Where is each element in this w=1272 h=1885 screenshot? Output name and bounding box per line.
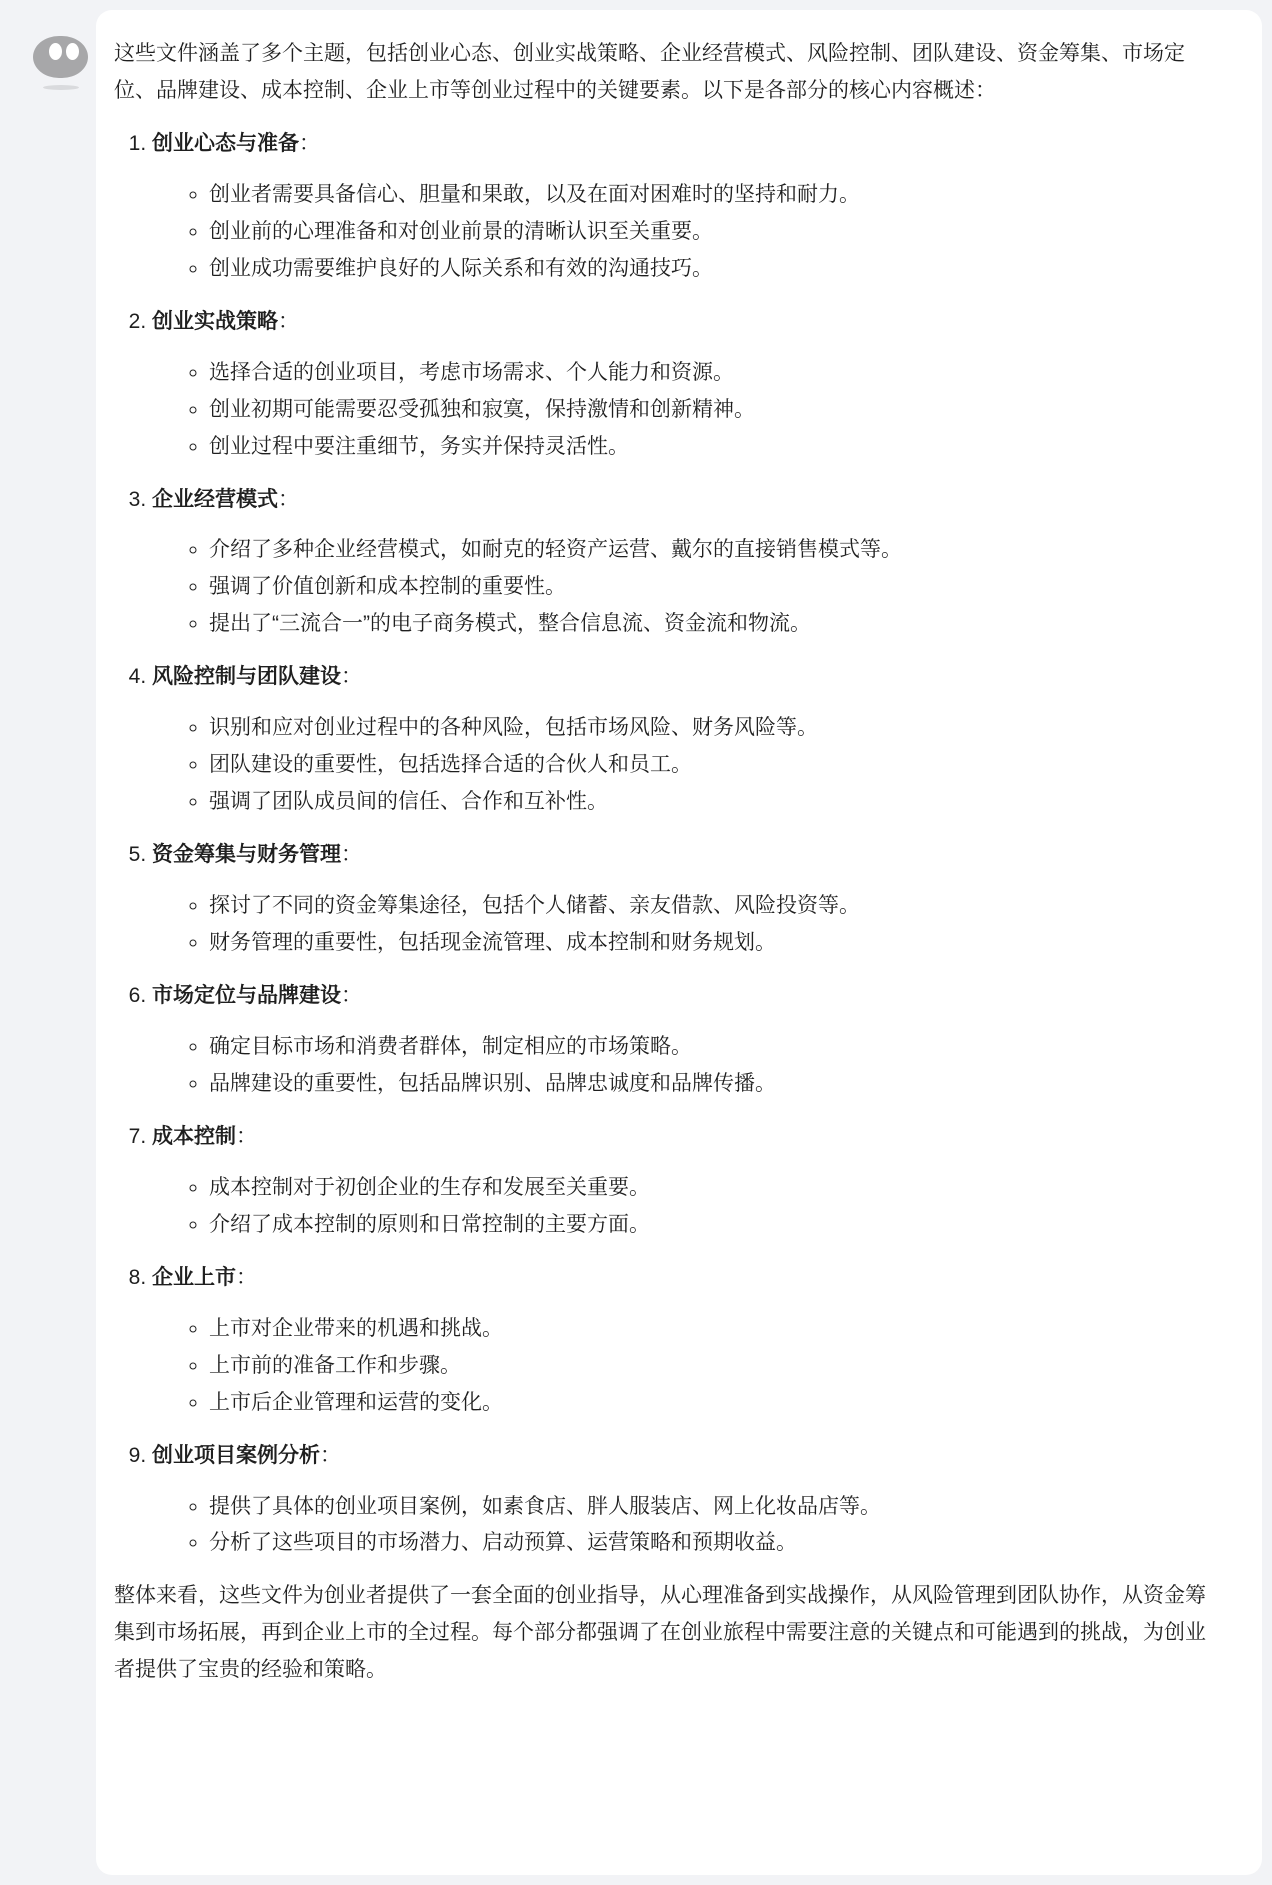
- section-bullets: 成本控制对于初创企业的生存和发展至关重要。介绍了成本控制的原则和日常控制的主要方…: [152, 1170, 1218, 1244]
- section-title: 企业上市: [152, 1266, 236, 1289]
- section-bullets: 介绍了多种企业经营模式，如耐克的轻资产运营、戴尔的直接销售模式等。强调了价值创新…: [152, 532, 1218, 643]
- bullet-item: 强调了团队成员间的信任、合作和互补性。: [209, 784, 1218, 821]
- section-heading: 成本控制：: [152, 1125, 257, 1148]
- section-title: 创业项目案例分析: [152, 1444, 320, 1467]
- section-colon: ：: [278, 310, 299, 333]
- bullet-item: 介绍了多种企业经营模式，如耐克的轻资产运营、戴尔的直接销售模式等。: [209, 532, 1218, 569]
- bullet-item: 确定目标市场和消费者群体，制定相应的市场策略。: [209, 1029, 1218, 1066]
- section-bullets: 识别和应对创业过程中的各种风险，包括市场风险、财务风险等。团队建设的重要性，包括…: [152, 710, 1218, 821]
- bullet-item: 上市后企业管理和运营的变化。: [209, 1385, 1218, 1422]
- bullet-item: 分析了这些项目的市场潜力、启动预算、运营策略和预期收益。: [209, 1525, 1218, 1562]
- section-heading: 企业上市：: [152, 1266, 257, 1289]
- section-item: 资金筹集与财务管理： 探讨了不同的资金筹集途径，包括个人储蓄、亲友借款、风险投资…: [152, 837, 1218, 962]
- section-heading: 企业经营模式：: [152, 488, 299, 511]
- bullet-item: 探讨了不同的资金筹集途径，包括个人储蓄、亲友借款、风险投资等。: [209, 888, 1218, 925]
- section-item: 风险控制与团队建设： 识别和应对创业过程中的各种风险，包括市场风险、财务风险等。…: [152, 659, 1218, 821]
- section-bullets: 上市对企业带来的机遇和挑战。上市前的准备工作和步骤。上市后企业管理和运营的变化。: [152, 1311, 1218, 1422]
- section-title: 市场定位与品牌建设: [152, 984, 341, 1007]
- section-item: 企业上市： 上市对企业带来的机遇和挑战。上市前的准备工作和步骤。上市后企业管理和…: [152, 1260, 1218, 1422]
- section-colon: ：: [236, 1125, 257, 1148]
- section-heading: 风险控制与团队建设：: [152, 665, 362, 688]
- bullet-item: 创业过程中要注重细节，务实并保持灵活性。: [209, 429, 1218, 466]
- section-bullets: 选择合适的创业项目，考虑市场需求、个人能力和资源。创业初期可能需要忍受孤独和寂寞…: [152, 355, 1218, 466]
- section-item: 成本控制： 成本控制对于初创企业的生存和发展至关重要。介绍了成本控制的原则和日常…: [152, 1119, 1218, 1244]
- section-item: 企业经营模式： 介绍了多种企业经营模式，如耐克的轻资产运营、戴尔的直接销售模式等…: [152, 482, 1218, 644]
- section-item: 创业项目案例分析： 提供了具体的创业项目案例，如素食店、胖人服装店、网上化妆品店…: [152, 1438, 1218, 1563]
- robot-eye-left-icon: [49, 43, 62, 60]
- section-heading: 市场定位与品牌建设：: [152, 984, 362, 1007]
- section-colon: ：: [299, 132, 320, 155]
- sections-list: 创业心态与准备： 创业者需要具备信心、胆量和果敢，以及在面对困难时的坚持和耐力。…: [114, 126, 1218, 1563]
- bullet-item: 成本控制对于初创企业的生存和发展至关重要。: [209, 1170, 1218, 1207]
- section-item: 创业实战策略： 选择合适的创业项目，考虑市场需求、个人能力和资源。创业初期可能需…: [152, 304, 1218, 466]
- section-title: 创业实战策略: [152, 310, 278, 333]
- section-colon: ：: [236, 1266, 257, 1289]
- assistant-avatar: [33, 36, 89, 90]
- section-heading: 创业项目案例分析：: [152, 1444, 341, 1467]
- section-colon: ：: [341, 984, 362, 1007]
- section-heading: 创业心态与准备：: [152, 132, 320, 155]
- section-title: 企业经营模式: [152, 488, 278, 511]
- assistant-message-bubble: 这些文件涵盖了多个主题，包括创业心态、创业实战策略、企业经营模式、风险控制、团队…: [96, 10, 1262, 1875]
- bullet-item: 选择合适的创业项目，考虑市场需求、个人能力和资源。: [209, 355, 1218, 392]
- section-item: 创业心态与准备： 创业者需要具备信心、胆量和果敢，以及在面对困难时的坚持和耐力。…: [152, 126, 1218, 288]
- bullet-item: 团队建设的重要性，包括选择合适的合伙人和员工。: [209, 747, 1218, 784]
- section-title: 资金筹集与财务管理: [152, 843, 341, 866]
- bullet-item: 创业成功需要维护良好的人际关系和有效的沟通技巧。: [209, 251, 1218, 288]
- intro-paragraph: 这些文件涵盖了多个主题，包括创业心态、创业实战策略、企业经营模式、风险控制、团队…: [114, 36, 1218, 110]
- assistant-message-row: 这些文件涵盖了多个主题，包括创业心态、创业实战策略、企业经营模式、风险控制、团队…: [0, 10, 1272, 1875]
- section-bullets: 确定目标市场和消费者群体，制定相应的市场策略。品牌建设的重要性，包括品牌识别、品…: [152, 1029, 1218, 1103]
- bullet-item: 创业前的心理准备和对创业前景的清晰认识至关重要。: [209, 214, 1218, 251]
- bullet-item: 品牌建设的重要性，包括品牌识别、品牌忠诚度和品牌传播。: [209, 1066, 1218, 1103]
- bullet-item: 创业初期可能需要忍受孤独和寂寞，保持激情和创新精神。: [209, 392, 1218, 429]
- avatar-shadow: [43, 85, 79, 90]
- bullet-item: 创业者需要具备信心、胆量和果敢，以及在面对困难时的坚持和耐力。: [209, 177, 1218, 214]
- section-title: 创业心态与准备: [152, 132, 299, 155]
- section-bullets: 探讨了不同的资金筹集途径，包括个人储蓄、亲友借款、风险投资等。财务管理的重要性，…: [152, 888, 1218, 962]
- bullet-item: 财务管理的重要性，包括现金流管理、成本控制和财务规划。: [209, 925, 1218, 962]
- robot-face-icon: [33, 36, 88, 78]
- bullet-item: 强调了价值创新和成本控制的重要性。: [209, 569, 1218, 606]
- section-title: 风险控制与团队建设: [152, 665, 341, 688]
- section-item: 市场定位与品牌建设： 确定目标市场和消费者群体，制定相应的市场策略。品牌建设的重…: [152, 978, 1218, 1103]
- bullet-item: 介绍了成本控制的原则和日常控制的主要方面。: [209, 1207, 1218, 1244]
- bullet-item: 提出了“三流合一”的电子商务模式，整合信息流、资金流和物流。: [209, 606, 1218, 643]
- section-colon: ：: [320, 1444, 341, 1467]
- bullet-item: 上市对企业带来的机遇和挑战。: [209, 1311, 1218, 1348]
- outro-paragraph: 整体来看，这些文件为创业者提供了一套全面的创业指导，从心理准备到实战操作，从风险…: [114, 1578, 1218, 1689]
- bullet-item: 上市前的准备工作和步骤。: [209, 1348, 1218, 1385]
- section-heading: 创业实战策略：: [152, 310, 299, 333]
- section-colon: ：: [341, 843, 362, 866]
- section-title: 成本控制: [152, 1125, 236, 1148]
- section-heading: 资金筹集与财务管理：: [152, 843, 362, 866]
- bullet-item: 提供了具体的创业项目案例，如素食店、胖人服装店、网上化妆品店等。: [209, 1489, 1218, 1526]
- section-bullets: 提供了具体的创业项目案例，如素食店、胖人服装店、网上化妆品店等。分析了这些项目的…: [152, 1489, 1218, 1563]
- section-colon: ：: [278, 488, 299, 511]
- bullet-item: 识别和应对创业过程中的各种风险，包括市场风险、财务风险等。: [209, 710, 1218, 747]
- robot-eye-right-icon: [66, 43, 79, 60]
- section-colon: ：: [341, 665, 362, 688]
- section-bullets: 创业者需要具备信心、胆量和果敢，以及在面对困难时的坚持和耐力。创业前的心理准备和…: [152, 177, 1218, 288]
